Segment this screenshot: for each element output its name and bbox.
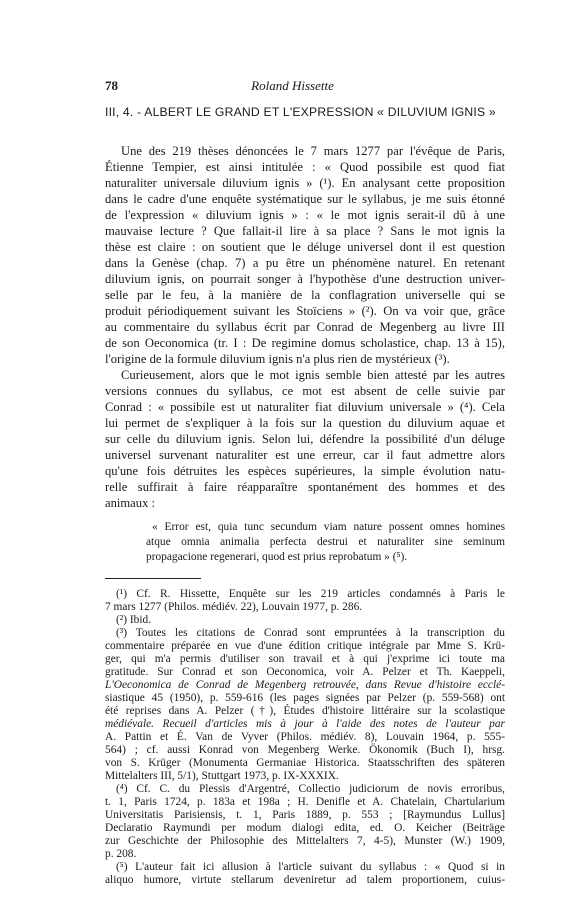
text-line: qu'une fois détruites les espèces supéri… <box>105 463 505 479</box>
text-line: Curieusement, alors que le mot ignis sem… <box>121 367 505 383</box>
footnote-3-cont: siastique 45 (1950), p. 559-616 (les pag… <box>105 692 505 705</box>
text-line: diluvium ignis, on pourrait songer à l'h… <box>105 271 505 287</box>
footnote-3-cont: von S. Krüger (Monumenta Germaniae Histo… <box>105 757 505 770</box>
footnote-3: (³) Toutes les citations de Conrad sont … <box>116 627 505 640</box>
footnote-3-cont: gratitude. Sur Conrad et son Oeconomica,… <box>105 666 505 679</box>
text-line: Une des 219 thèses dénoncées le 7 mars 1… <box>121 143 505 159</box>
footnote-5: (⁵) L'auteur fait ici allusion à l'artic… <box>116 861 505 874</box>
text-line: Étienne Tempier, est ainsi intitulée : «… <box>105 159 505 175</box>
text-line: de son Oeconomica (tr. I : De regimine d… <box>105 335 505 351</box>
footnote-1: (¹) Cf. R. Hissette, Enquête sur les 219… <box>116 588 505 601</box>
text-line: Conrad : « possibile est ut naturaliter … <box>105 399 505 415</box>
footnote-3-cont: 564) ; cf. aussi Konrad von Megenberg We… <box>105 744 505 757</box>
footnote-4-cont: Universitatis Parisiensis, t. 1, Paris 1… <box>105 809 505 822</box>
footnote-3-cont: ger, qui m'a permis d'utiliser son trava… <box>105 653 505 666</box>
running-head-author: Roland Hissette <box>0 78 585 94</box>
text-line: produit périodiquement suivant les Stoïc… <box>105 303 505 319</box>
footnote-4-cont: zur Geschichte der Philosophie des Mitte… <box>105 835 505 848</box>
footnote-3-cont: médiévale. Recueil d'articles mis à jour… <box>105 718 505 731</box>
text-line: sur celle du diluvium ignis. Selon lui, … <box>105 431 505 447</box>
footnote-4: (⁴) Cf. C. du Plessis d'Argentré, Collec… <box>116 783 505 796</box>
footnote-1-cont: 7 mars 1277 (Philos. médiév. 22), Louvai… <box>105 601 505 614</box>
footnote-4-cont: Declaratio Raymundi per modum dialogi ed… <box>105 822 505 835</box>
section-title: III, 4. - ALBERT LE GRAND ET L'EXPRESSIO… <box>105 105 505 119</box>
text-line: animaux : <box>105 495 505 511</box>
quote-line: propagacione regenerari, quod est prius … <box>146 550 505 564</box>
text-line: dans le cadre d'une enquête systématique… <box>105 191 505 207</box>
text-line: de l'expression « diluvium ignis » : « l… <box>105 207 505 223</box>
footnote-2: (²) Ibid. <box>116 614 505 627</box>
text-line: thèse est claire : on soutient que le dé… <box>105 239 505 255</box>
text-line: universel survenant naturaliter est une … <box>105 447 505 463</box>
book-page: 78 Roland Hissette III, 4. - ALBERT LE G… <box>0 0 585 914</box>
footnote-3-cont: Mittelalters III, 5/1), Stuttgart 1973, … <box>105 770 505 783</box>
footnote-3-cont: L'Oeconomica de Conrad de Megenberg retr… <box>105 679 505 692</box>
text-line: dans la Genèse (chap. 7) a pu être un ph… <box>105 255 505 271</box>
text-line: relle suffirait à faire réapparaître spo… <box>105 479 505 495</box>
quote-line: atque omnia animalia perfecta destrui et… <box>146 535 505 549</box>
footnote-4-cont: t. 1, Paris 1724, p. 183a et 198a ; H. D… <box>105 796 505 809</box>
text-line: l'origine de la formule diluvium ignis n… <box>105 351 505 367</box>
text-line: naturaliter universale diluvium ignis » … <box>105 175 505 191</box>
footnote-3-cont: été reprises dans A. Pelzer (†), Études … <box>105 705 505 718</box>
text-line: lui permet de s'expliquer à la fois sur … <box>105 415 505 431</box>
footnote-separator <box>105 578 201 579</box>
footnote-4-cont: p. 208. <box>105 848 505 861</box>
footnote-3-cont: commentaire préparée en vue d'une éditio… <box>105 640 505 653</box>
text-line: selle par le feu, à la manière de la con… <box>105 287 505 303</box>
text-line: mauvaise lecture ? Que fallait-il lire à… <box>105 223 505 239</box>
quote-line: « Error est, quia tunc secundum viam nat… <box>146 520 505 534</box>
text-line: au commentaire du syllabus écrit par Con… <box>105 319 505 335</box>
footnote-5-cont: aliquo humore, virtute stellarum devenir… <box>105 874 505 887</box>
text-line: versions connues du syllabus, ce mot est… <box>105 383 505 399</box>
footnote-3-cont: A. Pattin et É. Van de Vyver (Philos. mé… <box>105 731 505 744</box>
